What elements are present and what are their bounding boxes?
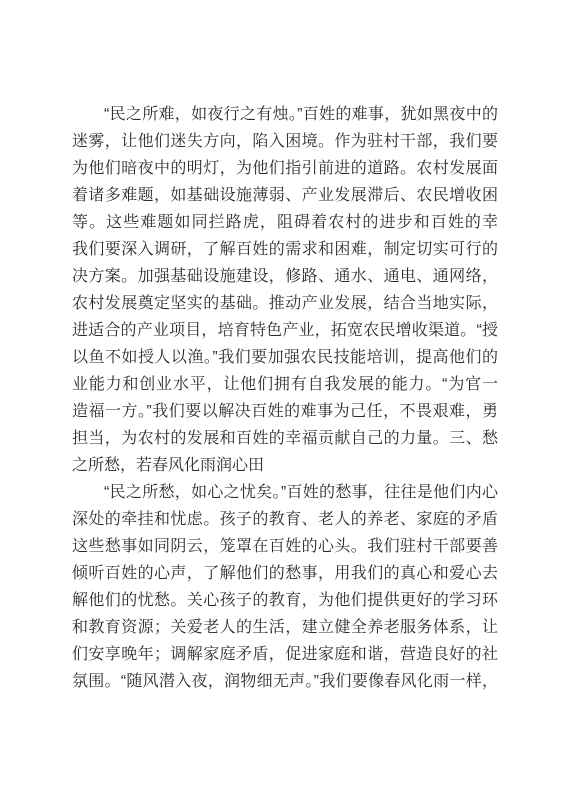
text-line: 深处的牵挂和忧虑。孩子的教育、老人的养老、家庭的矛盾等， xyxy=(72,506,498,533)
text-line: 倾听百姓的心声，了解他们的愁事，用我们的真心和爱心去化 xyxy=(72,560,498,587)
text-line: 和教育资源；关爱老人的生活，建立健全养老服务体系，让他 xyxy=(72,614,498,641)
text-line: 进适合的产业项目，培育特色产业，拓宽农民增收渠道。“授人 xyxy=(72,317,498,344)
text-line: 决方案。加强基础设施建设，修路、通水、通电、通网络，为 xyxy=(72,263,498,290)
text-line: 等。这些难题如同拦路虎，阻碍着农村的进步和百姓的幸福。 xyxy=(72,209,498,236)
text-line: “民之所愁，如心之忧矣。”百姓的愁事，往往是他们内心 xyxy=(72,479,498,506)
text-line: “民之所难，如夜行之有烛。”百姓的难事，犹如黑夜中的 xyxy=(72,101,498,128)
text-line: 之所愁，若春风化雨润心田 xyxy=(72,452,498,479)
text-line: 解他们的忧愁。关心孩子的教育，为他们提供更好的学习环境 xyxy=(72,587,498,614)
text-line: 这些愁事如同阴云，笼罩在百姓的心头。我们驻村干部要善于 xyxy=(72,533,498,560)
text-line: 农村发展奠定坚实的基础。推动产业发展，结合当地实际，引 xyxy=(72,290,498,317)
text-line: 迷雾，让他们迷失方向，陷入困境。作为驻村干部，我们要成 xyxy=(72,128,498,155)
text-line: 我们要深入调研，了解百姓的需求和困难，制定切实可行的解 xyxy=(72,236,498,263)
paragraph-1: “民之所难，如夜行之有烛。”百姓的难事，犹如黑夜中的迷雾，让他们迷失方向，陷入困… xyxy=(72,101,498,479)
document-page: “民之所难，如夜行之有烛。”百姓的难事，犹如黑夜中的迷雾，让他们迷失方向，陷入困… xyxy=(0,0,570,807)
text-line: 氛围。“随风潜入夜，润物细无声。”我们要像春风化雨一样， xyxy=(72,668,498,695)
paragraph-2: “民之所愁，如心之忧矣。”百姓的愁事，往往是他们内心深处的牵挂和忧虑。孩子的教育… xyxy=(72,479,498,695)
text-line: 为他们暗夜中的明灯，为他们指引前进的道路。农村发展面临 xyxy=(72,155,498,182)
text-line: 着诸多难题，如基础设施薄弱、产业发展滞后、农民增收困难 xyxy=(72,182,498,209)
text-line: 以鱼不如授人以渔。”我们要加强农民技能培训，提高他们的就 xyxy=(72,344,498,371)
text-line: 业能力和创业水平，让他们拥有自我发展的能力。“为官一任， xyxy=(72,371,498,398)
text-line: 造福一方。”我们要以解决百姓的难事为己任，不畏艰难，勇于 xyxy=(72,398,498,425)
document-text-block[interactable]: “民之所难，如夜行之有烛。”百姓的难事，犹如黑夜中的迷雾，让他们迷失方向，陷入困… xyxy=(72,101,498,695)
text-line: 们安享晚年；调解家庭矛盾，促进家庭和谐，营造良好的社会 xyxy=(72,641,498,668)
text-line: 担当，为农村的发展和百姓的幸福贡献自己的力量。三、愁民 xyxy=(72,425,498,452)
